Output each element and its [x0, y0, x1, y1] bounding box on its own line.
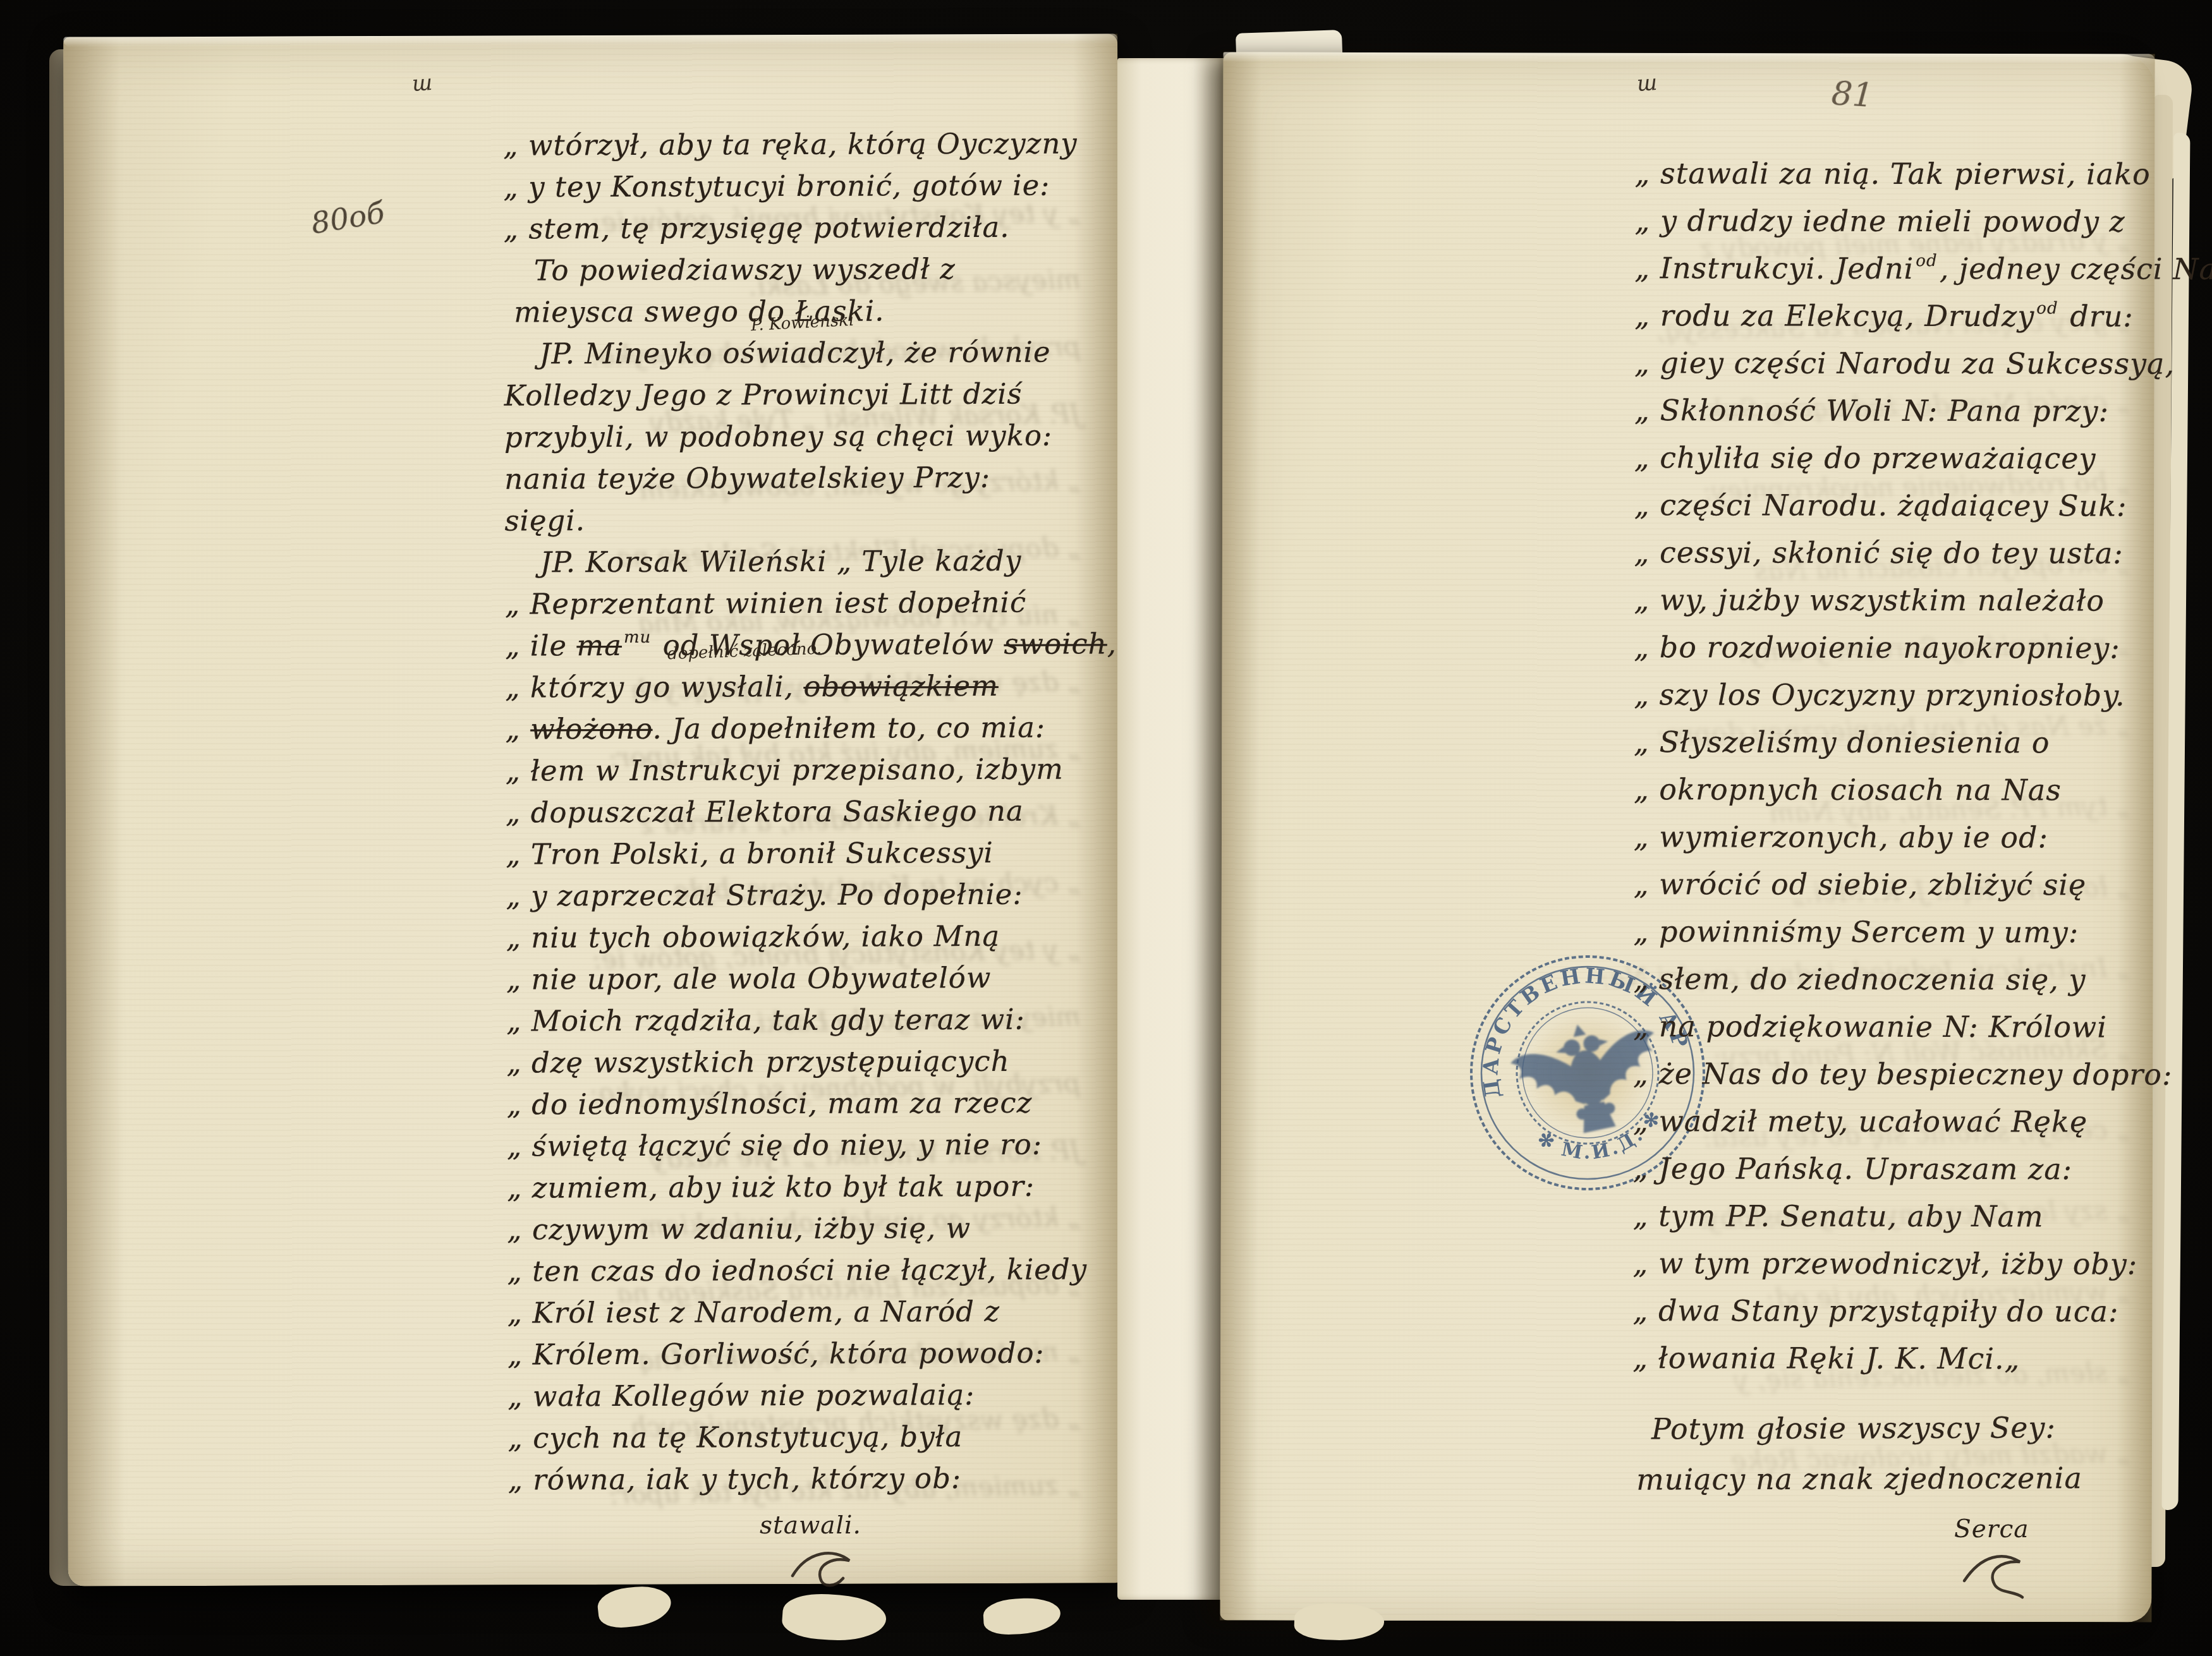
text-segment: „ Tron Polski, a bronił Sukcessyi [506, 836, 994, 871]
manuscript-line: „ giey części Narodu za Sukcessyą, [1634, 339, 2212, 388]
manuscript-line: „ szy los Oyczyzny przyniosłoby. [1634, 671, 2212, 720]
gutter-leaf-edge [1117, 58, 1226, 1600]
manuscript-line: „ łem w Instrukcyi przepisano, izbym [506, 748, 1093, 792]
text-segment: „ rodu za Elekcyą, Drudzy [1634, 298, 2034, 333]
deckle-edge [1224, 52, 2155, 64]
torn-paper-tuft [983, 1597, 1062, 1636]
manuscript-line: „ że Nas do tey bespieczney dopro: [1633, 1050, 2212, 1099]
manuscript-line: „ y tey Konstytucyi bronić, gotów ie: [503, 164, 1091, 208]
manuscript-line: „ dopuszczał Elektora Saskiego na [506, 790, 1093, 833]
page-number: 81 [1830, 75, 1875, 115]
text-segment: „ chyliła się do przeważaiącey [1634, 440, 2096, 475]
text-segment: „ y drudzy iedne mieli powody z [1634, 203, 2125, 238]
catchword-flourish [789, 1547, 858, 1597]
text-segment: „ Królem. Gorliwość, która powodo: [507, 1336, 1045, 1372]
text-segment: od [1916, 251, 1937, 270]
text-segment: „ ile [505, 629, 577, 662]
text-segment: „ części Narodu. żądaiącey Suk: [1634, 488, 2127, 523]
text-segment: „ stawali za nią. Tak pierwsi, iako [1635, 156, 2151, 191]
text-segment: „ Król iest z Narodem, a Naród z [507, 1295, 1000, 1330]
archival-collation-mark: ш [411, 70, 434, 97]
manuscript-line: To powiedziawszy wyszedł z [504, 248, 1091, 291]
text-segment: „ Reprzentant winien iest dopełnić [505, 586, 1026, 621]
text-segment: „ Instrukcyi. Jedni [1634, 251, 1914, 286]
manuscript-line: nania teyże Obywatelskiey Przy: [504, 456, 1092, 500]
manuscript-line: „ wrócić od siebie, zbliżyć się [1634, 861, 2212, 909]
catchword-right: Serca [1954, 1515, 2029, 1544]
text-segment: „ Jego Pańską. Upraszam za: [1633, 1151, 2072, 1186]
text-segment: To powiedziawszy wyszedł z [534, 252, 956, 287]
manuscript-line: „ dwa Stany przystąpiły do uca: [1632, 1287, 2212, 1336]
manuscript-line: „ nie upor, ale wola Obywatelów [506, 957, 1094, 1000]
text-segment: dru: [2060, 299, 2134, 333]
manuscript-line: „ stem, tę przysięgę potwierdziła. [504, 206, 1091, 250]
manuscript-line: „ Król iest z Narodem, a Naród z [507, 1290, 1095, 1334]
manuscript-line: „ tym PP. Senatu, aby Nam [1633, 1192, 2212, 1241]
manuscript-line: przybyli, w podobney są chęci wyko: [504, 414, 1092, 458]
manuscript-line: „ cych na tę Konstytucyą, była [507, 1415, 1095, 1459]
manuscript-line: „ powinniśmy Sercem y umy: [1633, 908, 2212, 957]
text-segment: mu [624, 628, 652, 647]
manuscript-line: „ Słyszeliśmy doniesienia o [1634, 718, 2212, 767]
manuscript-line: Potym głosie wszyscy Sey: [1634, 1401, 2212, 1454]
text-segment: . Ja dopełniłem to, co mia: [652, 711, 1045, 746]
text-segment: JP. Korsak Wileński „ Tyle każdy [540, 544, 1022, 579]
right-page-text-block: „ stawali za nią. Tak pierwsi, iako„ y d… [1632, 150, 2212, 1383]
text-segment: „ łem w Instrukcyi przepisano, izbym [506, 752, 1064, 788]
manuscript-line: „ Moich rządziła, tak gdy teraz wi: [506, 998, 1094, 1042]
manuscript-line: „ wała Kollegów nie pozwalaią: [507, 1374, 1095, 1417]
text-segment: „ równa, iak y tych, którzy ob: [508, 1461, 962, 1497]
manuscript-line: „ zumiem, aby iuż kto był tak upor: [507, 1165, 1095, 1209]
text-segment: od [2036, 299, 2058, 318]
manuscript-line: „ w tym przewodniczył, iżby oby: [1633, 1240, 2212, 1288]
text-segment: „ niu tych obowiązków, iako Mną [506, 919, 1000, 955]
manuscript-line: „ Jego Pańską. Upraszam za: [1633, 1145, 2212, 1194]
manuscript-spread: „ y tey Konstytucyi bronić, gotów ie:mie… [0, 0, 2212, 1656]
manuscript-line: „ Tron Polski, a bronił Sukcessyi [506, 831, 1093, 875]
archival-collation-mark: ш [1636, 70, 1658, 97]
text-segment: „ wała Kollegów nie pozwalaią: [507, 1378, 975, 1413]
text-segment: „ okropnych ciosach na Nas [1634, 772, 2062, 807]
text-segment: Kolledzy Jego z Prowincyi Litt dziś [504, 377, 1023, 413]
right-page-closing-block: Potym głosie wszyscy Sey:muiący na znak … [1634, 1401, 2212, 1504]
text-segment: „ y tey Konstytucyi bronić, gotów ie: [503, 169, 1050, 204]
text-segment: „ wy, jużby wszystkim należało [1634, 583, 2105, 617]
text-segment: obowiązkiem [803, 669, 999, 703]
text-segment: „ cych na tę Konstytucyą, była [507, 1420, 963, 1455]
manuscript-line: JP. Korsak Wileński „ Tyle każdy [505, 540, 1093, 583]
text-segment: JP. Mineyko oświadczył, że równie [539, 335, 1050, 371]
manuscript-line: muiący na znak zjednoczenia [1634, 1452, 2212, 1504]
text-segment: „ cessyi, skłonić się do tey usta: [1634, 535, 2124, 570]
catchword-left: stawali. [760, 1511, 861, 1540]
manuscript-line: „ łowania Ręki J. K. Mci.„ [1632, 1334, 2212, 1383]
text-segment: „ ten czas do iedności nie łączył, kiedy [507, 1252, 1087, 1288]
text-segment: „ tym PP. Senatu, aby Nam [1633, 1199, 2044, 1233]
text-segment: „ Moich rządziła, tak gdy teraz wi: [506, 1003, 1025, 1038]
text-segment: „ w tym przewodniczył, iżby oby: [1633, 1246, 2138, 1281]
text-segment: włożono [530, 712, 652, 746]
text-segment: „ wrócić od siebie, zbliżyć się [1634, 867, 2087, 902]
manuscript-line: „ którzy go wysłali, obowiązkiem [505, 665, 1093, 708]
text-segment: „ na podziękowanie N: Królowi [1633, 1009, 2107, 1044]
manuscript-line: „ czywym w zdaniu, iżby się, w [507, 1207, 1095, 1250]
text-segment: przybyli, w podobney są chęci wyko: [504, 419, 1052, 454]
manuscript-line: „ wtórzył, aby ta ręka, którą Oyczyzny [503, 123, 1091, 166]
manuscript-line: „ Królem. Gorliwość, która powodo: [507, 1332, 1095, 1375]
manuscript-line: „ wymierzonych, aby ie od: [1634, 813, 2212, 862]
manuscript-line: „ okropnych ciosach na Nas [1634, 766, 2212, 814]
text-segment: muiący na znak zjednoczenia [1636, 1461, 2082, 1496]
text-segment: nania teyże Obywatelskiey Przy: [504, 461, 990, 496]
text-segment: „ do iednomyślności, mam za rzecz [507, 1086, 1033, 1121]
text-segment: „ wadził mety, ucałować Rękę [1633, 1104, 2087, 1139]
text-segment: „ dwa Stany przystąpiły do uca: [1632, 1293, 2118, 1328]
text-segment: „ słem, do ziednoczenia się, y [1633, 962, 2086, 996]
manuscript-line: „ niu tych obowiązków, iako Mną [506, 915, 1094, 958]
manuscript-line: „ rodu za Elekcyą, Drudzyod dru: [1634, 292, 2212, 341]
manuscript-line: „ bo rozdwoienie nayokropniey: [1634, 624, 2212, 672]
text-segment: „ czywym w zdaniu, iżby się, w [507, 1211, 971, 1247]
text-segment: „ nie upor, ale wola Obywatelów [506, 961, 992, 996]
text-segment: „ Słyszeliśmy doniesienia o [1634, 725, 2050, 759]
text-segment: swoich [1004, 627, 1107, 661]
text-segment: „ szy los Oyczyzny przyniosłoby. [1634, 677, 2125, 712]
torn-paper-tuft [596, 1583, 673, 1630]
manuscript-line: „ cessyi, skłonić się do tey usta: [1634, 529, 2212, 577]
text-segment: ma [576, 629, 622, 662]
manuscript-line: „ wy, jużby wszystkim należało [1634, 576, 2212, 625]
manuscript-line: „ Instrukcyi. Jedniod, jedney części Na: [1634, 245, 2212, 293]
text-segment: „ świętą łączyć się do niey, y nie ro: [507, 1128, 1042, 1163]
text-segment: „ łowania Ręki J. K. Mci.„ [1632, 1341, 2020, 1375]
torn-paper-tuft [781, 1591, 888, 1643]
text-segment: „ zumiem, aby iuż kto był tak upor: [507, 1169, 1035, 1205]
manuscript-line: „ y drudzy iedne mieli powody z [1634, 197, 2212, 246]
manuscript-line: „ Skłonność Woli N: Pana przy: [1634, 387, 2212, 435]
text-segment: , [1107, 627, 1117, 660]
text-segment: „ wymierzonych, aby ie od: [1634, 819, 2048, 854]
text-segment: „ stem, tę przysięgę potwierdziła. [504, 210, 1010, 246]
manuscript-line: „ słem, do ziednoczenia się, y [1633, 955, 2212, 1004]
text-segment: „ powinniśmy Sercem y umy: [1633, 914, 2079, 949]
text-segment: Potym głosie wszyscy Sey: [1651, 1410, 2056, 1446]
manuscript-line: „ y zaprzeczał Straży. Po dopełnie: [506, 873, 1093, 917]
manuscript-line: „ świętą łączyć się do niey, y nie ro: [507, 1123, 1095, 1167]
manuscript-line: „ chyliła się do przeważaiącey [1634, 434, 2212, 483]
text-segment: sięgi. [504, 504, 585, 537]
text-segment: „ którzy go wysłali, [505, 670, 803, 704]
manuscript-line: Kolledzy Jego z Prowincyi Litt dziś [504, 373, 1092, 416]
manuscript-line: „ na podziękowanie N: Królowi [1633, 1003, 2212, 1051]
manuscript-line: „ równa, iak y tych, którzy ob: [508, 1457, 1096, 1501]
catchword-flourish [1959, 1549, 2035, 1606]
text-segment: „ giey części Narodu za Sukcessyą, [1634, 346, 2175, 380]
manuscript-line: „ wadził mety, ucałować Rękę [1633, 1097, 2212, 1146]
text-segment: „ dopuszczał Elektora Saskiego na [506, 794, 1024, 830]
text-segment: „ że Nas do tey bespieczney dopro: [1633, 1056, 2172, 1091]
manuscript-line: „ części Narodu. żądaiącey Suk: [1634, 481, 2212, 530]
text-segment: „ y zaprzeczał Straży. Po dopełnie: [506, 878, 1023, 913]
manuscript-line: „ ten czas do iedności nie łączył, kiedy [507, 1248, 1095, 1292]
text-segment: „ Skłonność Woli N: Pana przy: [1634, 393, 2109, 428]
text-segment: „ wtórzył, aby ta ręka, którą Oyczyzny [503, 126, 1078, 162]
manuscript-line: „ dzę wszystkich przystępuiących [506, 1040, 1094, 1084]
manuscript-line: „ stawali za nią. Tak pierwsi, iako [1635, 150, 2212, 198]
text-segment: , jedney części Na: [1940, 251, 2212, 286]
text-segment: „ bo rozdwoienie nayokropniey: [1634, 630, 2120, 665]
manuscript-line: sięgi. [504, 498, 1092, 541]
manuscript-line: „ włożono. Ja dopełniłem to, co mia: [505, 706, 1093, 750]
manuscript-line: „ Reprzentant winien iest dopełnić [505, 581, 1093, 625]
manuscript-line: „ do iednomyślności, mam za rzecz [507, 1082, 1095, 1125]
manuscript-line: JP. Mineyko oświadczył, że równie [504, 331, 1091, 375]
text-segment: „ dzę wszystkich przystępuiących [506, 1044, 1009, 1080]
deckle-edge [63, 33, 1117, 47]
text-segment: „ [505, 712, 530, 746]
